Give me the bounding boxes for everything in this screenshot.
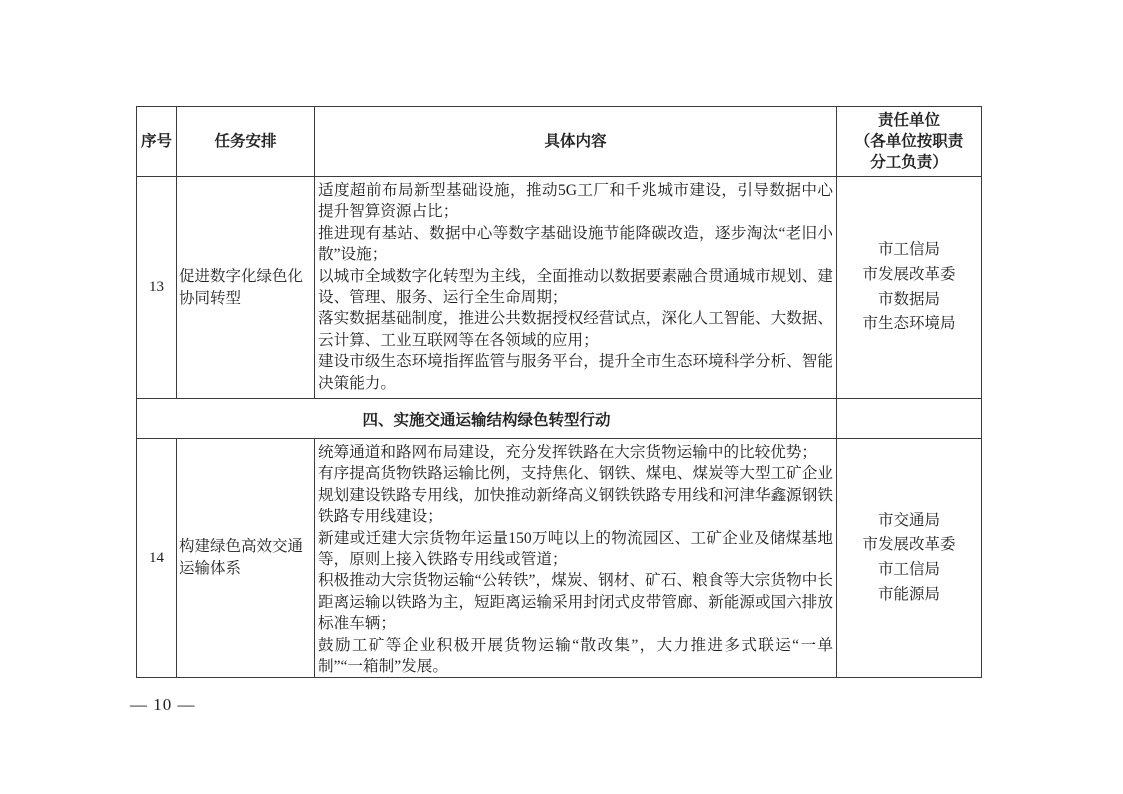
unit-name: 市发展改革委: [837, 263, 981, 288]
table-row-13: 13 促进数字化绿色化协同转型 适度超前布局新型基础设施，推动5G工厂和千兆城市…: [137, 177, 982, 399]
section-title: 四、实施交通运输结构绿色转型行动: [137, 399, 837, 439]
unit-name: 市发展改革委: [837, 533, 981, 558]
content-item: 积极推动大宗货物运输“公转铁”，煤炭、钢材、矿石、粮食等大宗货物中长距离运输以铁…: [318, 570, 833, 634]
col-header-content: 具体内容: [315, 107, 837, 177]
section-units-empty-cell: [837, 399, 982, 439]
row-13-content: 适度超前布局新型基础设施，推动5G工厂和千兆城市建设，引导数据中心提升智算资源占…: [315, 177, 837, 399]
col-header-units: 责任单位 （各单位按职责 分工负责）: [837, 107, 982, 177]
content-item: 鼓励工矿等企业积极开展货物运输“散改集”，大力推进多式联运“一单制”“一箱制”发…: [318, 635, 833, 678]
row-14-number: 14: [137, 439, 177, 678]
section-header-row: 四、实施交通运输结构绿色转型行动: [137, 399, 982, 439]
unit-name: 市工信局: [837, 238, 981, 263]
unit-name: 市工信局: [837, 558, 981, 583]
content-item: 新建或迁建大宗货物年运量150万吨以上的物流园区、工矿企业及储煤基地等，原则上接…: [318, 528, 833, 571]
task-table: 序号 任务安排 具体内容 责任单位 （各单位按职责 分工负责） 13 促进数字化…: [136, 106, 982, 678]
row-14-task: 构建绿色高效交通运输体系: [177, 439, 315, 678]
content-item: 建设市级生态环境指挥监管与服务平台，提升全市生态环境科学分析、智能决策能力。: [318, 351, 833, 394]
row-14-units: 市交通局 市发展改革委 市工信局 市能源局: [837, 439, 982, 678]
content-item: 有序提高货物铁路运输比例，支持焦化、钢铁、煤电、煤炭等大型工矿企业规划建设铁路专…: [318, 463, 833, 527]
content-item: 统筹通道和路网布局建设，充分发挥铁路在大宗货物运输中的比较优势；: [318, 442, 833, 463]
row-14-content: 统筹通道和路网布局建设，充分发挥铁路在大宗货物运输中的比较优势； 有序提高货物铁…: [315, 439, 837, 678]
content-item: 以城市全域数字化转型为主线，全面推动以数据要素融合贯通城市规划、建设、管理、服务…: [318, 266, 833, 309]
table-header-row: 序号 任务安排 具体内容 责任单位 （各单位按职责 分工负责）: [137, 107, 982, 177]
content-item: 推进现有基站、数据中心等数字基础设施节能降碳改造，逐步淘汰“老旧小散”设施；: [318, 223, 833, 266]
unit-name: 市交通局: [837, 509, 981, 534]
row-13-units: 市工信局 市发展改革委 市数据局 市生态环境局: [837, 177, 982, 399]
col-header-task: 任务安排: [177, 107, 315, 177]
unit-name: 市能源局: [837, 583, 981, 608]
col-header-number: 序号: [137, 107, 177, 177]
unit-name: 市生态环境局: [837, 312, 981, 337]
row-13-number: 13: [137, 177, 177, 399]
unit-name: 市数据局: [837, 288, 981, 313]
content-item: 落实数据基础制度，推进公共数据授权经营试点，深化人工智能、大数据、云计算、工业互…: [318, 308, 833, 351]
content-item: 适度超前布局新型基础设施，推动5G工厂和千兆城市建设，引导数据中心提升智算资源占…: [318, 180, 833, 223]
document-page: 序号 任务安排 具体内容 责任单位 （各单位按职责 分工负责） 13 促进数字化…: [0, 0, 1123, 794]
page-number: — 10 —: [130, 695, 196, 715]
table-row-14: 14 构建绿色高效交通运输体系 统筹通道和路网布局建设，充分发挥铁路在大宗货物运…: [137, 439, 982, 678]
row-13-task: 促进数字化绿色化协同转型: [177, 177, 315, 399]
